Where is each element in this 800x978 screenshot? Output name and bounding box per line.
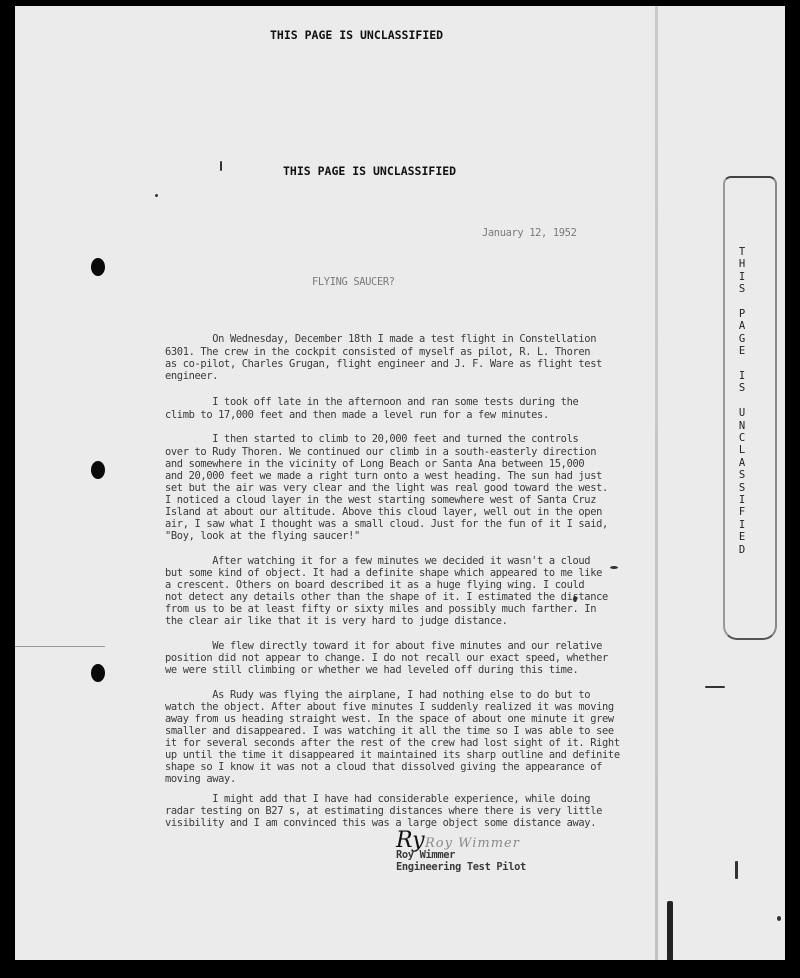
scan-smudge — [667, 901, 673, 960]
side-letter: C — [735, 432, 749, 444]
punch-hole-bottom — [91, 664, 105, 682]
text-line: On Wednesday, December 18th I made a tes… — [165, 333, 596, 345]
scan-speck — [155, 194, 158, 197]
document-date: January 12, 1952 — [482, 227, 577, 239]
side-classification-box — [723, 176, 777, 640]
text-line: radar testing on B27 s, at estimating di… — [165, 805, 602, 817]
side-letter: L — [735, 444, 749, 456]
side-letter: A — [735, 457, 749, 469]
side-letter: S — [735, 469, 749, 481]
text-line: I noticed a cloud layer in the west star… — [165, 494, 596, 506]
classification-header-second: THIS PAGE IS UNCLASSIFIED — [283, 164, 456, 178]
scan-speck — [610, 566, 618, 569]
side-letter: U — [735, 407, 749, 419]
side-classification-text: T H I S P A G E I S U N C L A S S I F I … — [735, 246, 749, 556]
text-line: from us to be at least fifty or sixty mi… — [165, 603, 596, 615]
side-letter: S — [735, 482, 749, 494]
text-line: away from us heading straight west. In t… — [165, 713, 614, 725]
text-line: shape so I know it was not a cloud that … — [165, 761, 602, 773]
side-letter: I — [735, 370, 749, 382]
side-letter: I — [735, 519, 749, 531]
text-line: visibility and I am convinced this was a… — [165, 817, 596, 829]
stray-line — [15, 646, 105, 647]
text-line: moving away. — [165, 773, 236, 785]
text-line: air, I saw what I thought was a small cl… — [165, 518, 608, 530]
text-line: After watching it for a few minutes we d… — [165, 555, 590, 567]
text-line: set but the air was very clear and the l… — [165, 482, 608, 494]
side-letter: E — [735, 531, 749, 543]
side-letter-gap — [735, 395, 749, 407]
punch-hole-middle — [91, 461, 105, 479]
side-letter: T — [735, 246, 749, 258]
scan-speck — [735, 861, 738, 879]
text-line: "Boy, look at the flying saucer!" — [165, 530, 360, 542]
text-line: Island at about our altitude. Above this… — [165, 506, 602, 518]
text-line: over to Rudy Thoren. We continued our cl… — [165, 446, 596, 458]
text-line: and somewhere in the vicinity of Long Be… — [165, 458, 584, 470]
text-line: not detect any details other than the sh… — [165, 591, 608, 603]
text-line: smaller and disappeared. I was watching … — [165, 725, 614, 737]
side-letter: H — [735, 258, 749, 270]
scan-speck — [220, 161, 222, 171]
text-line: watch the object. After about five minut… — [165, 701, 614, 713]
side-letter: D — [735, 544, 749, 556]
text-line: engineer. — [165, 370, 218, 382]
side-letter: S — [735, 382, 749, 394]
page-crease — [655, 6, 658, 960]
side-letter: P — [735, 308, 749, 320]
text-line: As Rudy was flying the airplane, I had n… — [165, 689, 590, 701]
text-line: a crescent. Others on board described it… — [165, 579, 584, 591]
classification-header-top: THIS PAGE IS UNCLASSIFIED — [270, 28, 443, 42]
text-line: climb to 17,000 feet and then made a lev… — [165, 409, 549, 421]
document-title: FLYING SAUCER? — [312, 276, 395, 288]
scan-speck — [777, 916, 781, 921]
side-letter-gap — [735, 358, 749, 370]
text-line: We flew directly toward it for about fiv… — [165, 640, 602, 652]
text-line: position did not appear to change. I do … — [165, 652, 608, 664]
side-letter: E — [735, 345, 749, 357]
scan-speck — [705, 686, 725, 688]
side-letter: A — [735, 320, 749, 332]
text-line: I took off late in the afternoon and ran… — [165, 396, 578, 408]
text-line: we were still climbing or whether we had… — [165, 664, 578, 676]
text-line: and 20,000 feet we made a right turn ont… — [165, 470, 602, 482]
text-line: 6301. The crew in the cockpit consisted … — [165, 346, 590, 358]
signer-title: Engineering Test Pilot — [396, 861, 526, 873]
text-line: as co-pilot, Charles Grugan, flight engi… — [165, 358, 602, 370]
side-letter: G — [735, 333, 749, 345]
side-letter: N — [735, 420, 749, 432]
signer-name: Roy Wimmer — [396, 849, 455, 861]
text-line: I then started to climb to 20,000 feet a… — [165, 433, 578, 445]
side-letter: F — [735, 506, 749, 518]
text-line: it for several seconds after the rest of… — [165, 737, 620, 749]
punch-hole-top — [91, 258, 105, 276]
scanned-document-page: THIS PAGE IS UNCLASSIFIED THIS PAGE IS U… — [15, 6, 785, 960]
text-line: the clear air like that it is very hard … — [165, 615, 508, 627]
text-line: up until the time it disappeared it main… — [165, 749, 620, 761]
scan-speck — [573, 596, 577, 602]
text-line: but some kind of object. It had a defini… — [165, 567, 602, 579]
side-letter: I — [735, 271, 749, 283]
side-letter: I — [735, 494, 749, 506]
side-letter: S — [735, 283, 749, 295]
text-line: I might add that I have had considerable… — [165, 793, 590, 805]
side-letter-gap — [735, 296, 749, 308]
